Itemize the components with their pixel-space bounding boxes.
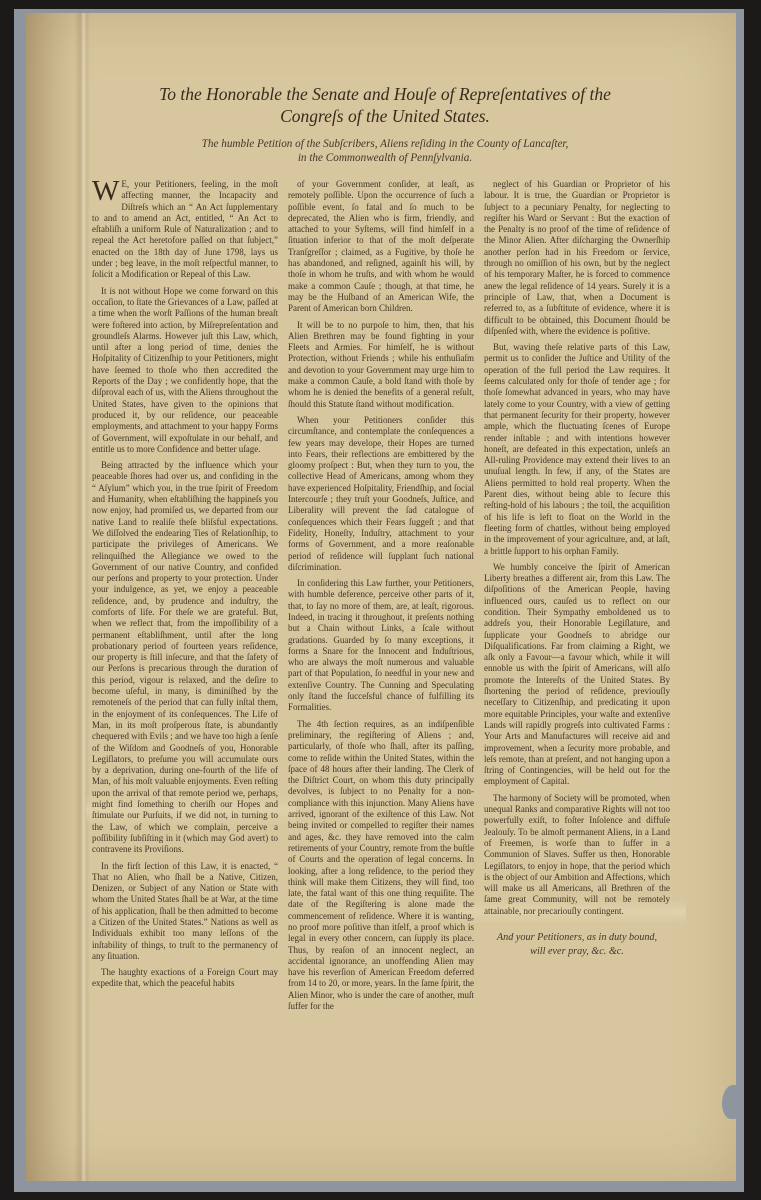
document-page: To the Honorable the Senate and Houſe of… — [26, 13, 736, 1181]
title-line-1: To the Honorable the Senate and Houſe of… — [159, 84, 611, 104]
paragraph: It will be to no purpoſe to him, then, t… — [288, 320, 474, 410]
document-subtitle: The humble Petition of the Subſcribers, … — [92, 137, 678, 165]
column-3: neglect of his Guardian or Proprietor of… — [484, 179, 670, 1017]
column-1: WE, your Petitioners, feeling, in the mo… — [92, 179, 278, 1017]
text-columns: WE, your Petitioners, feeling, in the mo… — [92, 179, 678, 1017]
drop-cap: W — [92, 179, 121, 203]
document-content: To the Honorable the Senate and Houſe of… — [92, 83, 678, 1017]
paragraph: neglect of his Guardian or Proprietor of… — [484, 179, 670, 337]
closing-line-2: will ever pray, &c. &c. — [484, 945, 670, 959]
paragraph: of your Government conſider, at leaſt, a… — [288, 179, 474, 315]
paper-edge-notch — [722, 1085, 742, 1119]
paragraph: The haughty exactions of a Foreign Court… — [92, 967, 278, 990]
paragraph: Being attracted by the influence which y… — [92, 460, 278, 855]
subtitle-line-2: in the Commonwealth of Pennſylvania. — [298, 152, 472, 164]
fold-crease — [74, 13, 90, 1181]
paragraph: But, waving theſe relative parts of this… — [484, 342, 670, 557]
left-margin-stain — [26, 13, 78, 1181]
subtitle-line-1: The humble Petition of the Subſcribers, … — [202, 138, 569, 150]
document-title: To the Honorable the Senate and Houſe of… — [92, 83, 678, 127]
paragraph: The harmony of Society will be promoted,… — [484, 793, 670, 917]
paragraph: When your Petitioners conſider this circ… — [288, 415, 474, 573]
title-line-2: Congreſs of the United States. — [280, 106, 490, 126]
paragraph: We humbly conceive the ſpirit of America… — [484, 562, 670, 788]
paragraph: In the firſt ſection of this Law, it is … — [92, 861, 278, 963]
paragraph: WE, your Petitioners, feeling, in the mo… — [92, 179, 278, 281]
closing-text: And your Petitioners, as in duty bound,w… — [484, 931, 670, 959]
column-2: of your Government conſider, at leaſt, a… — [288, 179, 474, 1017]
paragraph: The 4th ſection requires, as an indiſpen… — [288, 719, 474, 1013]
paragraph: In conſidering this Law further, your Pe… — [288, 578, 474, 714]
paragraph: It is not without Hope we come forward o… — [92, 286, 278, 455]
closing-line-1: And your Petitioners, as in duty bound, — [484, 931, 670, 945]
